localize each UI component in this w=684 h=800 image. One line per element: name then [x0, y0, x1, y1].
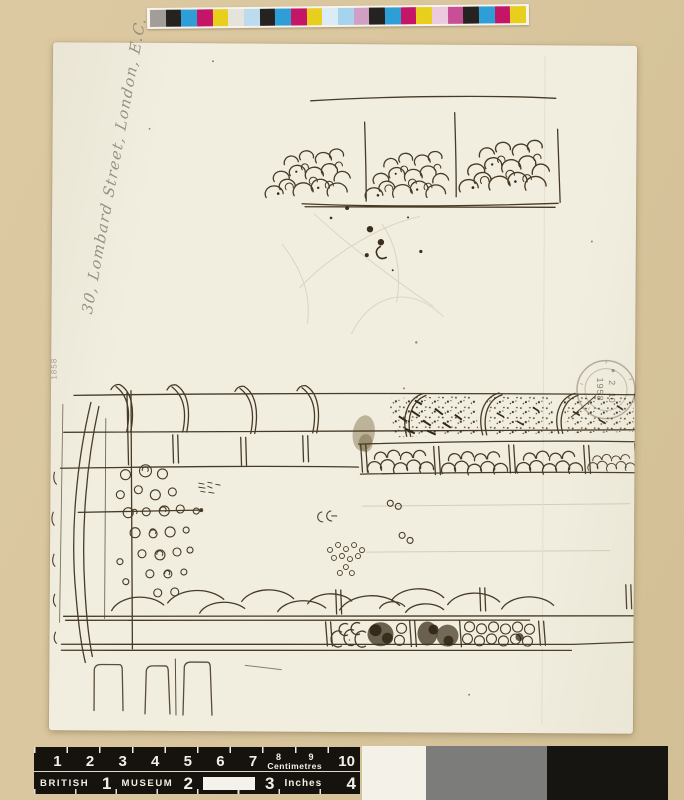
color-patch — [432, 7, 448, 24]
inch-cell: MUSEUM 2 — [116, 775, 198, 794]
color-patch — [150, 10, 166, 27]
color-patch — [354, 8, 370, 25]
inch-cell: BRITISH 1 — [34, 775, 116, 794]
drawing-sheet: 30, Lombard Street, London, E.C. 1858 2 … — [49, 42, 637, 734]
color-patch — [322, 8, 338, 25]
color-patch — [448, 7, 464, 24]
cm-number: 10 — [327, 754, 360, 771]
doodle-circles — [116, 465, 414, 599]
british-museum-scale-bar: 1 2 3 4 5 6 7 8 9 Centimetres 10 BRITISH… — [34, 747, 360, 794]
grayscale-patch-gray — [426, 746, 547, 800]
cm-number: 6 — [197, 754, 230, 771]
grayscale-patch-white — [362, 746, 426, 800]
color-patch — [495, 6, 511, 23]
inch-number: 3 — [265, 775, 274, 792]
inch-number: 2 — [184, 775, 193, 792]
cm-number: 5 — [164, 754, 197, 771]
color-patch — [510, 6, 526, 23]
inch-number: 1 — [102, 775, 111, 792]
blank-label-patch — [203, 777, 255, 790]
sketch-artwork — [49, 42, 637, 734]
color-patch — [369, 8, 385, 25]
cm-unit-label: Centimetres — [262, 762, 327, 771]
stipple-panels — [389, 392, 635, 439]
inch-unit-label: Inches — [285, 778, 323, 789]
inch-cell: 3 — [197, 775, 279, 794]
color-patch — [213, 9, 229, 26]
cm-label-cell: 8 9 Centimetres — [262, 753, 327, 772]
color-calibration-bar — [147, 4, 529, 29]
centimetre-scale: 1 2 3 4 5 6 7 8 9 Centimetres 10 — [34, 747, 360, 771]
dark-fruit-blobs — [367, 621, 523, 647]
grayscale-patch-black — [547, 746, 668, 800]
color-patch — [291, 8, 307, 25]
cm-number: 3 — [99, 754, 132, 771]
brand-word: MUSEUM — [122, 778, 174, 789]
color-patch — [401, 7, 417, 24]
cm-number: 1 — [34, 754, 67, 771]
color-patch — [463, 7, 479, 24]
ink-stain — [350, 414, 377, 453]
cm-number: 7 — [230, 754, 263, 771]
inch-cell: Inches 4 — [279, 775, 361, 794]
color-patch — [228, 9, 244, 26]
color-patch — [416, 7, 432, 24]
color-patch — [260, 9, 276, 26]
color-patch — [385, 7, 401, 24]
inch-number: 4 — [347, 775, 356, 792]
paper-specks — [145, 60, 598, 697]
color-patch — [197, 9, 213, 26]
color-patch — [244, 9, 260, 26]
cm-number: 4 — [132, 754, 165, 771]
color-patch — [307, 8, 323, 25]
color-patch — [166, 10, 182, 27]
color-patch — [479, 6, 495, 23]
color-patch — [181, 9, 197, 26]
upper-sketch — [265, 95, 561, 208]
brand-word: BRITISH — [40, 778, 89, 789]
cm-number: 2 — [67, 754, 100, 771]
grayscale-reference — [362, 746, 668, 800]
inch-scale: BRITISH 1 MUSEUM 2 3 Inches 4 — [34, 771, 360, 794]
color-patch — [338, 8, 354, 25]
color-patch — [275, 8, 291, 25]
